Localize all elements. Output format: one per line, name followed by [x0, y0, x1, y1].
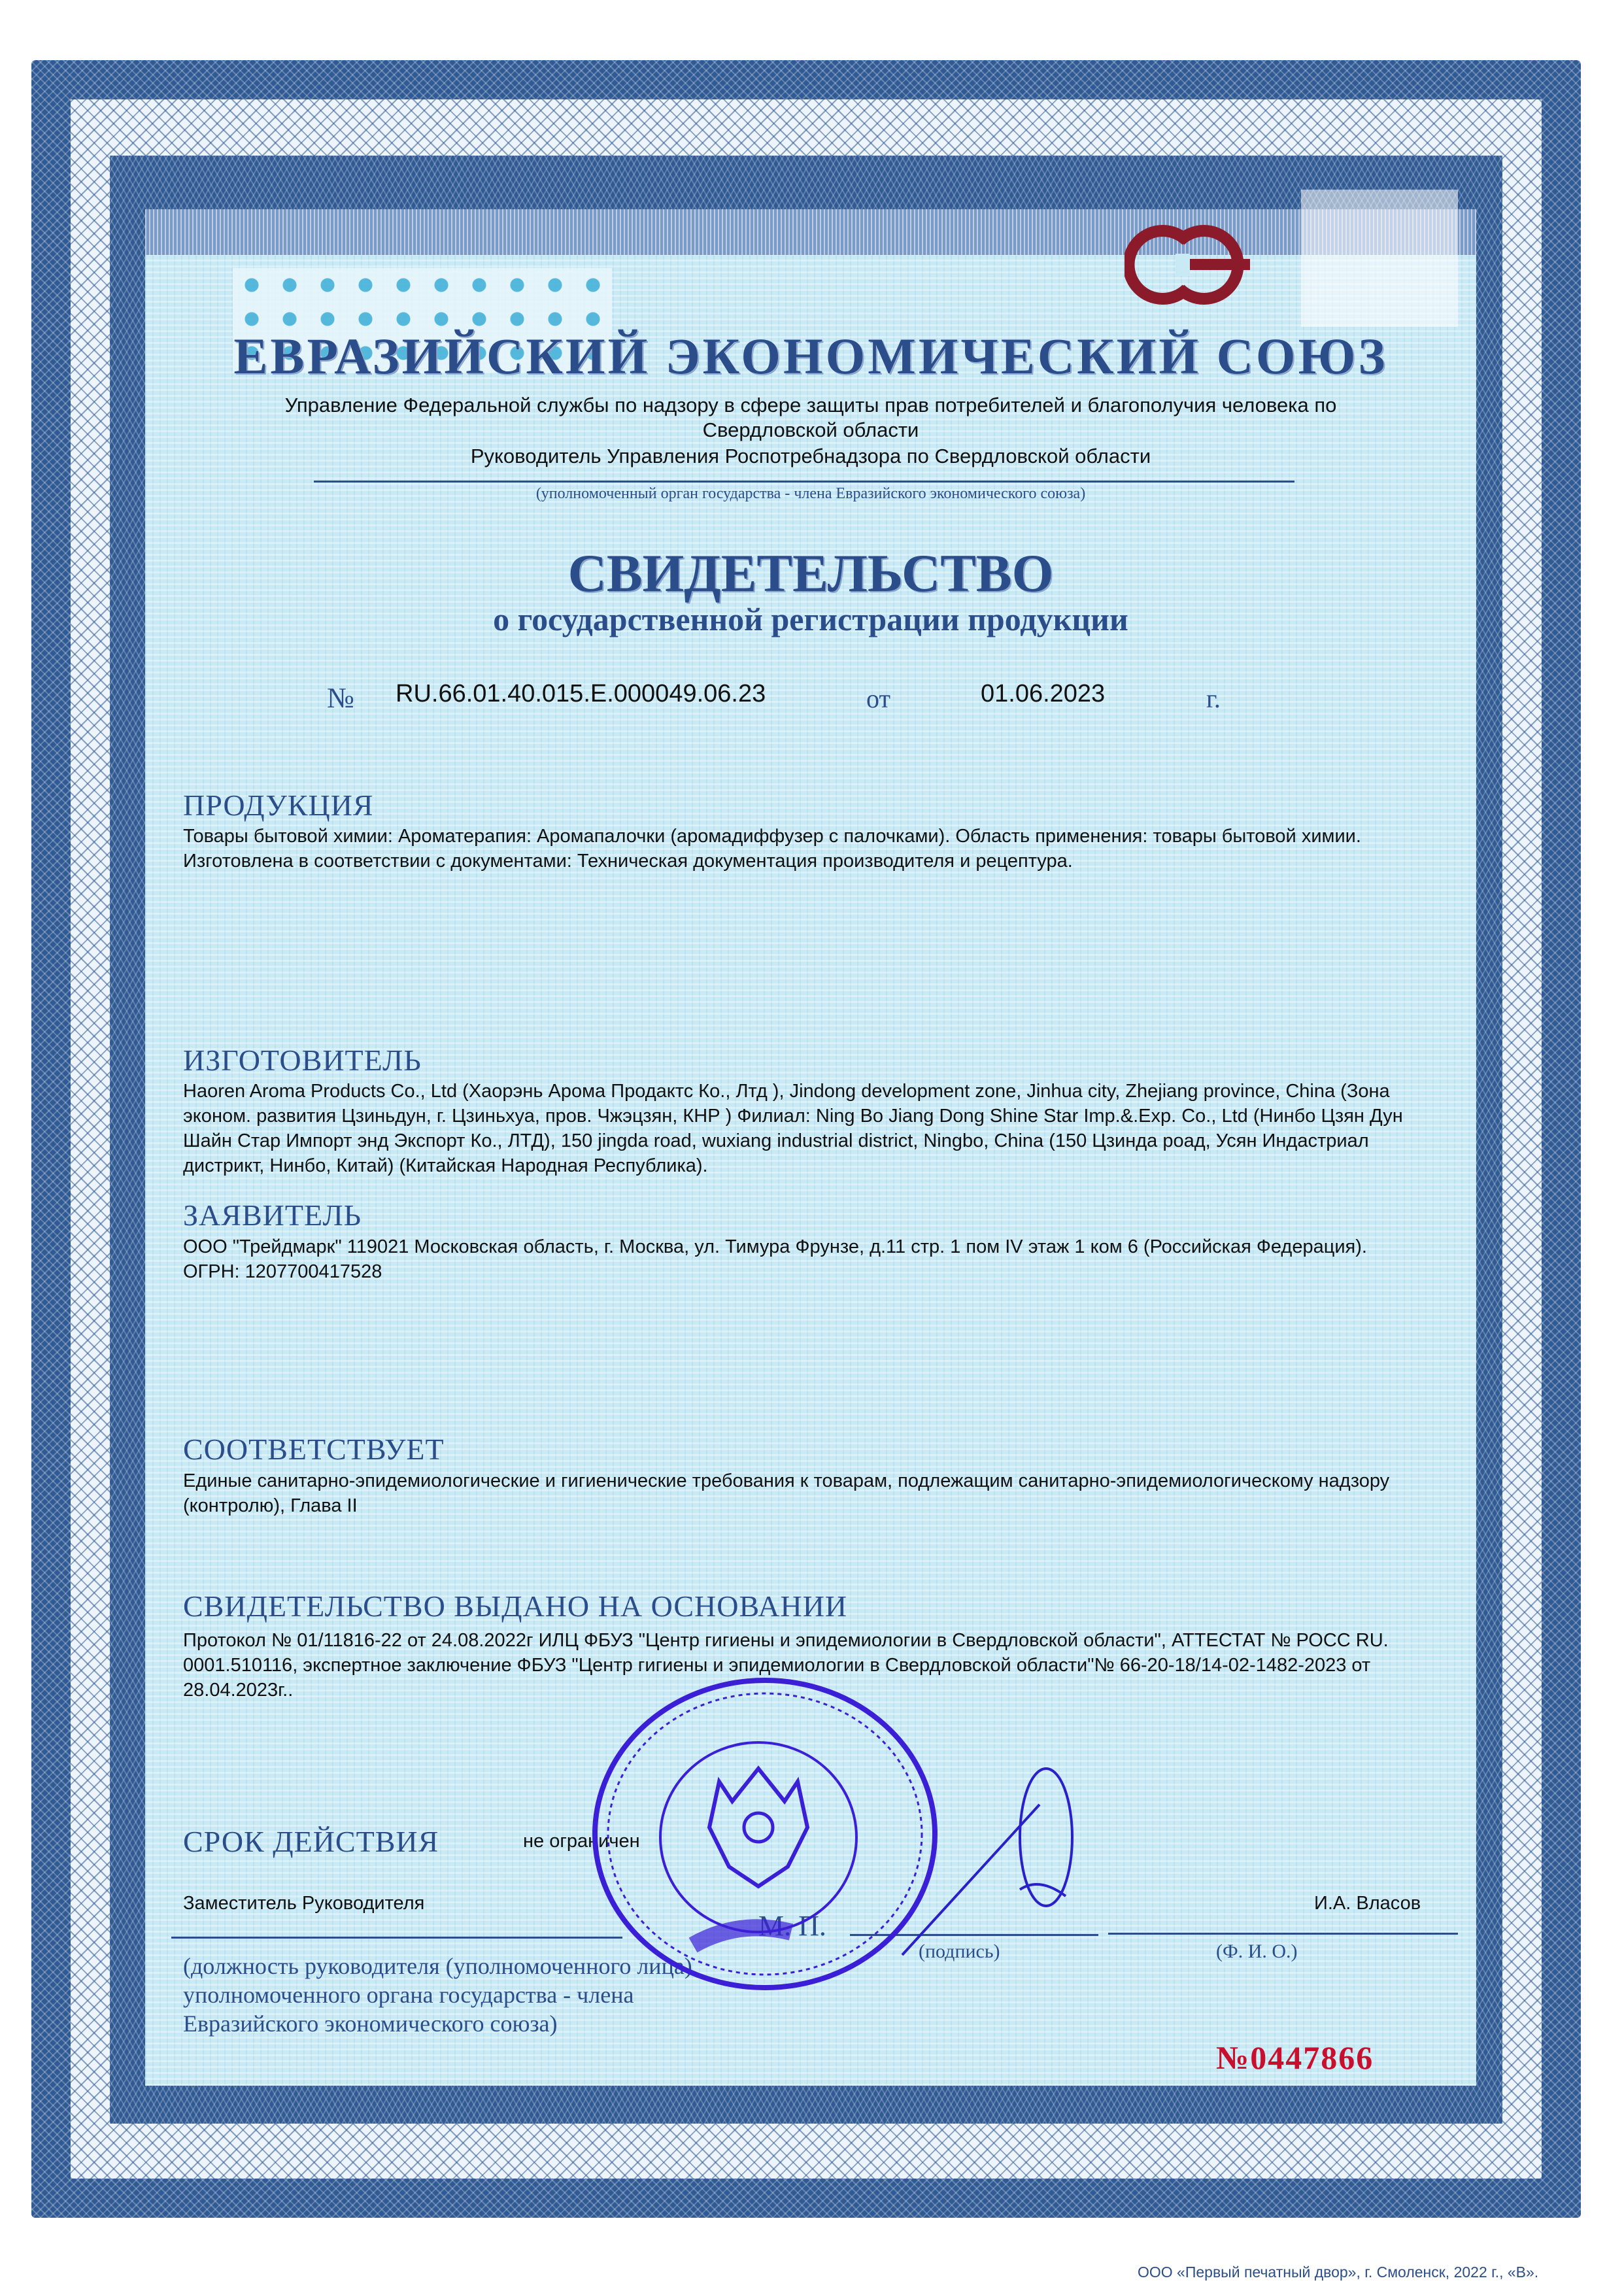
manufacturer-text: Haoren Aroma Products Co., Ltd (Хаорэнь …	[183, 1079, 1425, 1178]
printer-imprint: ООО «Первый печатный двор», г. Смоленск,…	[1138, 2264, 1538, 2281]
signatory-name: И.А. Власов	[1314, 1893, 1421, 1914]
position-line	[171, 1937, 622, 1939]
applicant-text: ООО "Трейдмарк" 119021 Московская област…	[183, 1234, 1425, 1284]
from-label: от	[866, 683, 890, 714]
certificate-number: RU.66.01.40.015.E.000049.06.23	[396, 680, 766, 708]
validity-heading: СРОК ДЕЙСТВИЯ	[183, 1824, 439, 1859]
product-heading: ПРОДУКЦИЯ	[183, 788, 374, 823]
union-title: ЕВРАЗИЙСКИЙ ЭКОНОМИЧЕСКИЙ СОЮЗ	[145, 327, 1476, 386]
certificate-subtitle: о государственной регистрации продукции	[145, 600, 1476, 638]
applicant-heading: ЗАЯВИТЕЛЬ	[183, 1198, 362, 1232]
year-suffix: г.	[1206, 683, 1221, 714]
manufacturer-heading: ИЗГОТОВИТЕЛЬ	[183, 1043, 422, 1078]
product-text: Товары бытовой химии: Ароматерапия: Аром…	[183, 824, 1425, 874]
authority-rule	[314, 481, 1294, 483]
basis-heading: СВИДЕТЕЛЬСТВО ВЫДАНО НА ОСНОВАНИИ	[183, 1589, 847, 1623]
authority-line-2: Свердловской области	[196, 418, 1425, 442]
name-caption: (Ф. И. О.)	[1216, 1941, 1298, 1963]
conforms-text: Единые санитарно-эпидемиологические и ги…	[183, 1468, 1425, 1518]
signature-icon	[889, 1765, 1105, 1961]
conforms-heading: СООТВЕТСТВУЕТ	[183, 1432, 445, 1467]
certificate-title: СВИДЕТЕЛЬСТВО	[145, 543, 1476, 604]
eac-ce-logo-icon	[1125, 222, 1268, 307]
number-sign: №	[327, 681, 354, 715]
form-serial-number: №0447866	[1216, 2039, 1374, 2077]
authority-caption: (уполномоченный орган государства - член…	[145, 485, 1476, 503]
certificate-date: 01.06.2023	[981, 680, 1105, 708]
show-through-area	[1301, 190, 1458, 327]
name-line	[1108, 1933, 1458, 1935]
authority-line-3: Руководитель Управления Роспотребнадзора…	[196, 445, 1425, 468]
top-hatch-band	[145, 209, 1476, 255]
authority-line-1: Управление Федеральной службы по надзору…	[196, 394, 1425, 417]
signatory-position: Заместитель Руководителя	[183, 1893, 424, 1914]
